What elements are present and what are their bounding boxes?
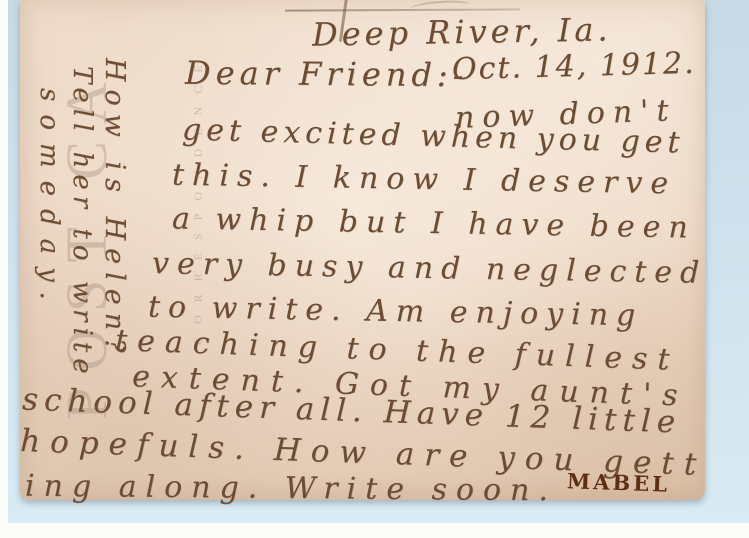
salutation: Dear Friend:- [185, 57, 469, 91]
postcard: POST CA CORRESPONDENCE Deep River, Ia. D… [20, 0, 705, 500]
handwriting-line: very busy and neglected [152, 249, 708, 289]
handwriting-line: to write. Am enjoying [148, 293, 644, 332]
handwriting-line: this. I know I deserve [172, 161, 677, 200]
top-rule-line [285, 8, 520, 11]
date: Oct. 14, 1912. [452, 49, 696, 85]
handwriting-line: a whip but I have been [172, 204, 696, 243]
signature: MABEL [567, 470, 671, 495]
postcard-photo: POST CA CORRESPONDENCE Deep River, Ia. D… [0, 0, 749, 538]
handwriting-line: ing along. Write soon. [25, 472, 557, 507]
margin-note-line: How is Helen? [101, 58, 128, 361]
margin-note-line: Tell her to write [69, 66, 95, 380]
dateline-place: Deep River, Ia. [312, 13, 612, 50]
margin-note-line: someday. [36, 88, 62, 313]
